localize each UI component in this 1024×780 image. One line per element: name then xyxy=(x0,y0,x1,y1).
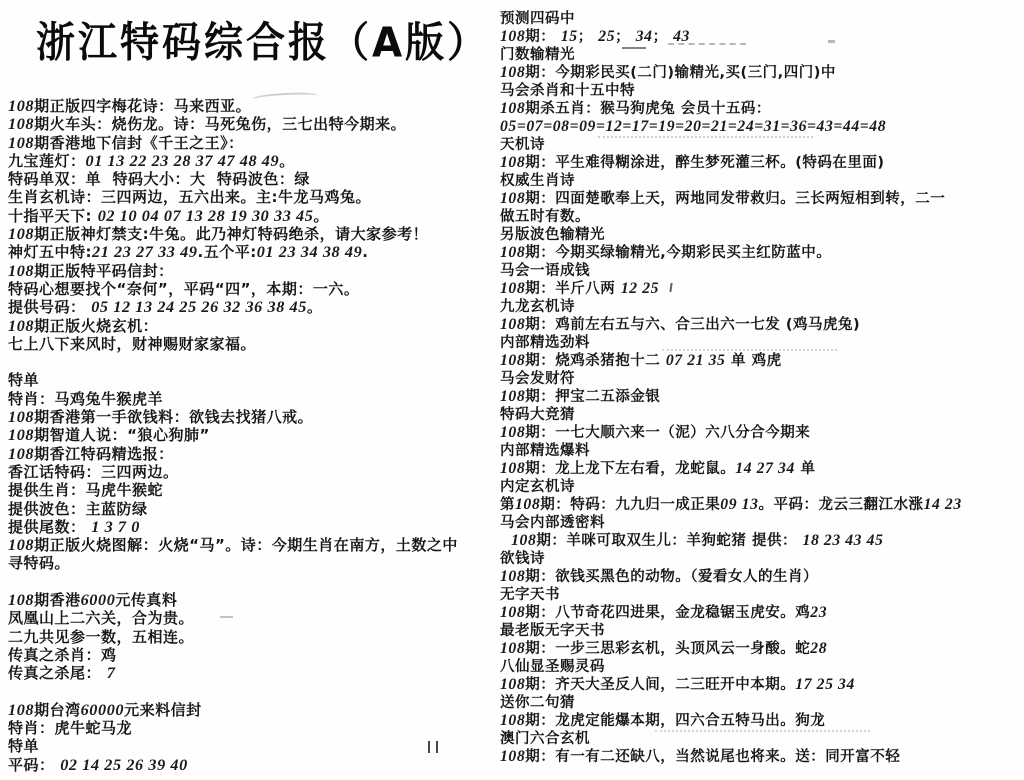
text-line: 108期：龙虎定能爆本期，四六合五特马出。狗龙 xyxy=(500,712,1022,730)
text-line: 108期：半斤八两 12 25 xyxy=(500,280,1022,298)
text-line: 108期：平生难得糊涂进，醉生梦死灌三杯。(特码在里面) xyxy=(500,154,1022,172)
text-line: 108期：烧鸡杀猪抱十二 07 21 35 单 鸡虎 xyxy=(500,352,1022,370)
text-line: 传真之杀尾： 7 xyxy=(8,664,513,682)
text-line: 108期：一七大顺六来一（泥）六八分合今期来 xyxy=(500,424,1022,442)
text-line: 108期：鸡前左右五与六、合三出六一七发 (鸡马虎兔) xyxy=(500,316,1022,334)
text-line: 108期杀五肖：猴马狗虎兔 会员十五码： xyxy=(500,100,1022,118)
text-line: 马会一语成钱 xyxy=(500,262,1022,280)
text-line: 108期香港第一手欲钱料：欲钱去找猪八戒。 xyxy=(8,408,513,426)
text-line: 特码心想要找个“奈何”，平码“四”，本期：一六。 xyxy=(8,280,513,298)
text-line: 平码： 02 14 25 26 39 40 xyxy=(8,756,513,774)
left-column: 108期正版四字梅花诗：马来西亚。108期火车头：烧伤龙。诗：马死兔伤，三七出特… xyxy=(8,97,513,774)
text-line: 马会杀肖和十五中特 xyxy=(500,82,1022,100)
text-line: 108期：欲钱买黑色的动物。（爱看女人的生肖） xyxy=(500,568,1022,586)
text-line: 提供号码： 05 12 13 24 25 26 32 36 38 45。 xyxy=(8,298,513,316)
text-line: 108期：龙上龙下左右看，龙蛇鼠。14 27 34 单 xyxy=(500,460,1022,478)
text-line: 送你二句猜 xyxy=(500,694,1022,712)
text-line: 内定玄机诗 xyxy=(500,478,1022,496)
text-line: 二九共见参一数，五相连。 xyxy=(8,628,513,646)
text-line: 九龙玄机诗 xyxy=(500,298,1022,316)
text-line: 天机诗 xyxy=(500,136,1022,154)
text-line: 108期正版四字梅花诗：马来西亚。 xyxy=(8,97,513,115)
text-line: 另版波色输精光 xyxy=(500,226,1022,244)
page-title: 浙江特码综合报（A版） xyxy=(36,10,489,69)
text-line: 108期：今期买绿输精光,今期彩民买主红防蓝中。 xyxy=(500,244,1022,262)
right-column: 预测四码中108期： 15； 25； 34； 43门数输精光108期：今期彩民买… xyxy=(500,10,1022,766)
text-line: 108期台湾60000元来料信封 xyxy=(8,701,513,719)
newspaper-page: 浙江特码综合报（A版） 108期正版四字梅花诗：马来西亚。108期火车头：烧伤龙… xyxy=(0,0,1024,780)
text-line: 108期：押宝二五添金银 xyxy=(500,388,1022,406)
text-line: 特单 xyxy=(8,737,513,755)
text-line: 108期：羊咪可取双生儿：羊狗蛇猪 提供： 18 23 43 45 xyxy=(500,532,1022,550)
text-line: 无字天书 xyxy=(500,586,1022,604)
text-line: 八仙显圣赐灵码 xyxy=(500,658,1022,676)
text-line: 108期：齐天大圣反人间，二三旺开中本期。17 25 34 xyxy=(500,676,1022,694)
text-line: 108期：今期彩民买(二门)输精光,买(三门,四门)中 xyxy=(500,64,1022,82)
text-line: 生肖玄机诗：三四两边，五六出来。主:牛龙马鸡兔。 xyxy=(8,188,513,206)
text-line: 最老版无字天书 xyxy=(500,622,1022,640)
text-line: 内部精选爆料 xyxy=(500,442,1022,460)
text-line: 特单 xyxy=(8,371,513,389)
text-line: 十指平天下: 02 10 04 07 13 28 19 30 33 45。 xyxy=(8,207,513,225)
text-line: 寻特码。 xyxy=(8,554,513,572)
text-line: 传真之杀肖：鸡 xyxy=(8,646,513,664)
text-line: 特码大竞猜 xyxy=(500,406,1022,424)
text-line: 108期香港地下信封《千王之王》： xyxy=(8,134,513,152)
text-line: 欲钱诗 xyxy=(500,550,1022,568)
text-line: 05=07=08=09=12=17=19=20=21=24=31=36=43=4… xyxy=(500,118,1022,136)
text-line: 凤凰山上二六关，合为贵。 xyxy=(8,609,513,627)
text-line: 108期正版神灯禁支:牛兔。此乃神灯特码绝杀，请大家参考！ xyxy=(8,225,513,243)
text-line: 108期智道人说：“狼心狗肺” xyxy=(8,426,513,444)
text-line: 提供波色：主蓝防绿 xyxy=(8,500,513,518)
text-line: 门数输精光 xyxy=(500,46,1022,64)
text-line: 108期香江特码精选报： xyxy=(8,445,513,463)
text-line: 提供生肖：马虎牛猴蛇 xyxy=(8,481,513,499)
text-line: 108期香港6000元传真料 xyxy=(8,591,513,609)
text-line: 香江话特码：三四两边。 xyxy=(8,463,513,481)
text-line: 做五时有数。 xyxy=(500,208,1022,226)
text-line: 马会发财符 xyxy=(500,370,1022,388)
text-line: 神灯五中特:21 23 27 33 49.五个平:01 23 34 38 49. xyxy=(8,243,513,261)
text-line: 108期火车头：烧伤龙。诗：马死兔伤，三七出特今期来。 xyxy=(8,115,513,133)
text-line: 特码单双：单 特码大小：大 特码波色：绿 xyxy=(8,170,513,188)
text-line: 第108期：特码：九九归一成正果09 13。平码：龙云三翻江水涨14 23 xyxy=(500,496,1022,514)
text-line: 108期正版特平码信封： xyxy=(8,262,513,280)
text-line: 108期：一步三思彩玄机，头顶风云一身酸。蛇28 xyxy=(500,640,1022,658)
text-line: 特肖：虎牛蛇马龙 xyxy=(8,719,513,737)
text-line: 马会内部透密料 xyxy=(500,514,1022,532)
text-line: 108期： 15； 25； 34； 43 xyxy=(500,28,1022,46)
text-line: 108期正版火烧图解：火烧“马”。诗：今期生肖在南方，土数之中 xyxy=(8,536,513,554)
text-line: 108期：有一有二还缺八，当然说尾也将来。送：同开富不轻 xyxy=(500,748,1022,766)
text-line: 九宝莲灯：01 13 22 23 28 37 47 48 49。 xyxy=(8,152,513,170)
text-line: 108期：四面楚歌奉上天，两地同发带救归。三长两短相到转，二一 xyxy=(500,190,1022,208)
text-line xyxy=(8,353,513,371)
text-line: 特肖：马鸡兔牛猴虎羊 xyxy=(8,390,513,408)
text-line: 澳门六合玄机 xyxy=(500,730,1022,748)
text-line xyxy=(8,573,513,591)
text-line: 108期正版火烧玄机： xyxy=(8,317,513,335)
text-line: 提供尾数： 1 3 7 0 xyxy=(8,518,513,536)
text-line: 权威生肖诗 xyxy=(500,172,1022,190)
text-line: 七上八下来风时，财神赐财家家福。 xyxy=(8,335,513,353)
text-line xyxy=(8,683,513,701)
text-line: 内部精选劲料 xyxy=(500,334,1022,352)
text-line: 预测四码中 xyxy=(500,10,1022,28)
text-line: 108期：八节奇花四进果，金龙稳锯玉虎安。鸡23 xyxy=(500,604,1022,622)
